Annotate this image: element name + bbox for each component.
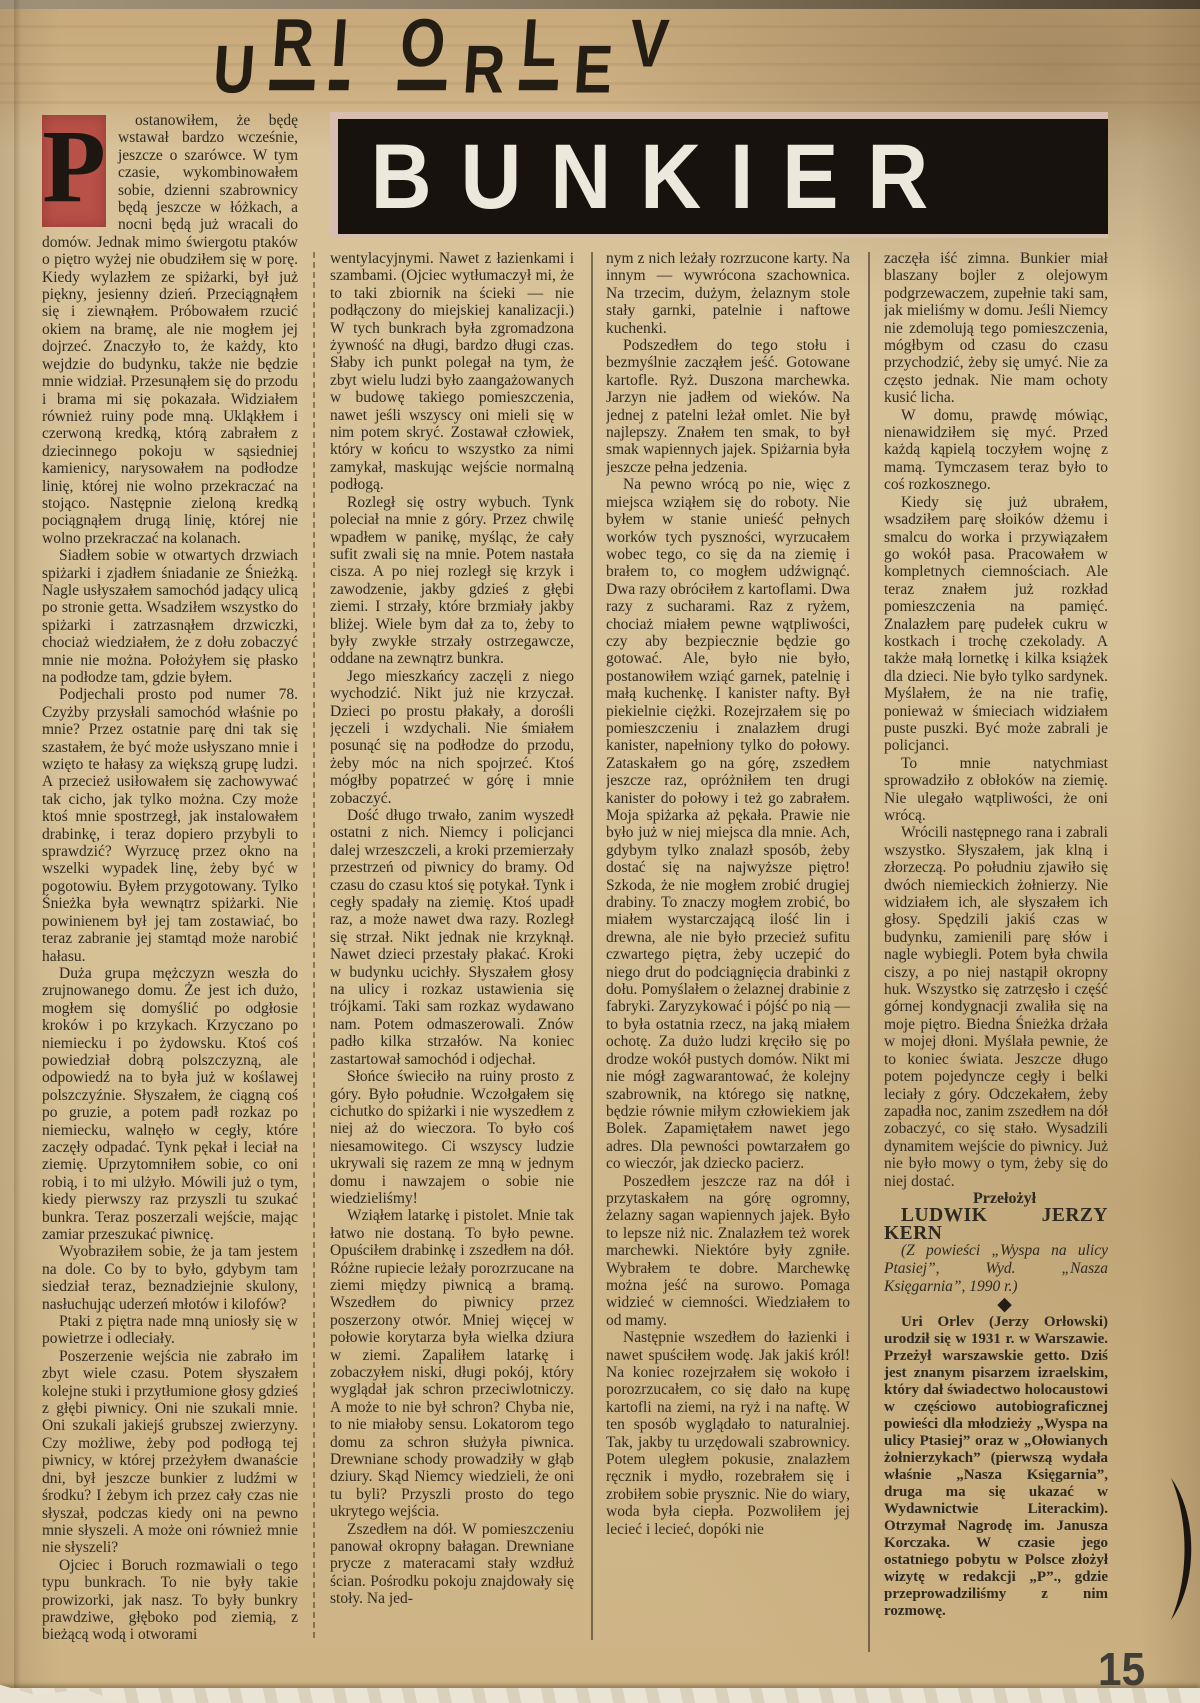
paragraph: wentylacyjnymi. Nawet z łazienkami i sza… [330,250,574,494]
column-2-paragraphs: wentylacyjnymi. Nawet z łazienkami i sza… [330,250,574,1608]
paragraph: Podjechali prosto pod numer 78. Czyżby p… [42,686,298,965]
logotype-letter: I [329,9,354,91]
paragraph: Kiedy się już ubrałem, wsadziłem parę sł… [884,494,1108,755]
paragraph: Następnie wszedłem do łazienki i nawet s… [606,1329,850,1538]
column-1-paragraphs: ostanowiłem, że będę wstawał bardzo wcze… [42,112,298,1644]
paragraph: Zszedłem na dół. W pomieszczeniu panował… [330,1521,574,1608]
text-column-4: zaczęła iść zimna. Bunkier miał blaszany… [884,250,1108,1660]
article-title-banner: BUNKIER [338,119,1108,234]
text-column-1: P ostanowiłem, że będę wstawał bardzo wc… [42,112,298,1684]
paragraph: Wziąłem latarkę i pistolet. Mnie tak łat… [330,1207,574,1520]
paragraph: Jego mieszkańcy zaczęli z niego wychodzi… [330,668,574,807]
paragraph: Wyobraziłem sobie, że ja tam jestem na d… [42,1243,298,1313]
logotype-letter: V [628,9,671,77]
dropcap-letter: P [42,115,106,219]
source-note: (Z powieści „Wyspa na ulicy Ptasiej”, Wy… [884,1242,1108,1296]
logotype-letter: L [519,9,563,91]
paragraph: Ptaki z piętra nade mną uniosły się w po… [42,1313,298,1348]
paragraph: Ojciec i Boruch rozmawiali o tego typu b… [42,1557,298,1644]
paragraph: Wrócili następnego rana i zabrali wszyst… [884,824,1108,1190]
column-rule [313,252,315,1638]
logotype-letter: U [211,35,257,103]
column-rule [868,252,870,1652]
torn-paper-edge [0,1688,1200,1703]
text-column-2: wentylacyjnymi. Nawet z łazienkami i sza… [330,250,574,1642]
paragraph: Siadłem sobie w otwartych drzwiach spiża… [42,547,298,686]
column-rule [591,252,593,1640]
logotype-letter: R [461,35,507,103]
author-logotype: URIORLEV [209,14,683,96]
translator-name: LUDWIK JERZY KERN [884,1207,1108,1242]
author-bio: Uri Orlev (Jerzy Orłowski) urodził się w… [884,1314,1108,1620]
paragraph: Rozległ się ostry wybuch. Tynk poleciał … [330,494,574,668]
page-top-edge [0,0,1200,9]
paragraph: Słońce świeciło na ruiny prosto z góry. … [330,1068,574,1207]
paragraph: Poszedłem jeszcze raz na dół i przytaska… [606,1173,850,1330]
paragraph: Podszedłem do tego stołu i bezmyślnie za… [606,337,850,476]
paper-crease [14,0,21,1703]
paragraph: To mnie natychmiast sprowadziło z obłokó… [884,755,1108,825]
diamond-icon: ◆ [884,1296,1108,1313]
article-title: BUNKIER [338,123,957,229]
paragraph: W domu, prawdę mówiąc, nienawidziłem się… [884,407,1108,494]
column-4-paragraphs: zaczęła iść zimna. Bunkier miał blaszany… [884,250,1108,1190]
paragraph: Duża grupa mężczyzn weszła do zrujnowane… [42,965,298,1244]
paragraph: nym z nich leżały rozrzucone karty. Na i… [606,250,850,337]
text-column-3: nym z nich leżały rozrzucone karty. Na i… [606,250,850,1642]
page-edge-crescent-mark [1168,1478,1198,1620]
column-3-paragraphs: nym z nich leżały rozrzucone karty. Na i… [606,250,850,1538]
paragraph: Dość długo trwało, zanim wyszedł ostatni… [330,807,574,1068]
logotype-letter: R [269,9,320,91]
magazine-page: URIORLEV BUNKIER P ostanowiłem, że będę … [0,0,1200,1703]
title-banner-edge: BUNKIER [330,112,1108,238]
dropcap-block: P [42,115,106,227]
logotype-letter: E [572,35,615,103]
paragraph: zaczęła iść zimna. Bunkier miał blaszany… [884,250,1108,407]
paragraph: Na pewno wrócą po nie, więc z miejsca wz… [606,476,850,1172]
logotype-letter: O [397,9,451,91]
paragraph: Poszerzenie wejścia nie zabrało im zbyt … [42,1348,298,1557]
